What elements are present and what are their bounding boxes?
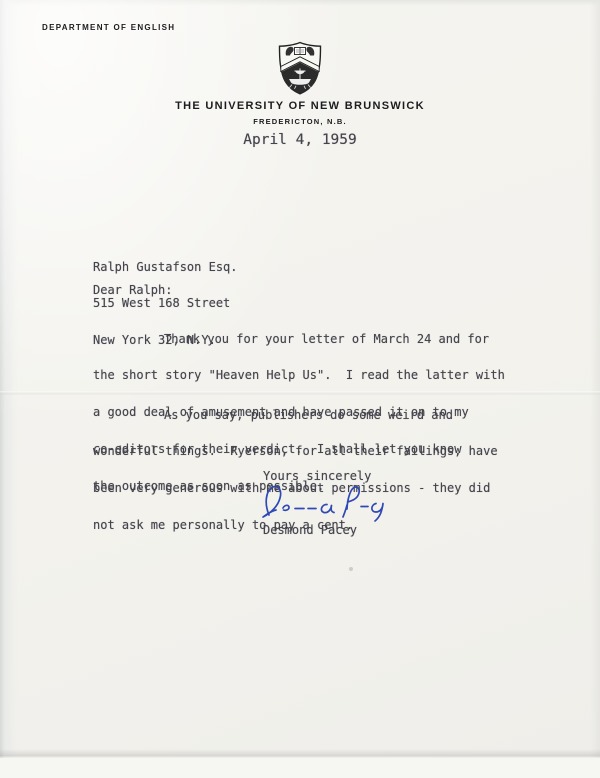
university-name: THE UNIVERSITY OF NEW BRUNSWICK [0, 100, 600, 112]
paper-bottom-edge [0, 749, 600, 758]
department-line: DEPARTMENT OF ENGLISH [42, 23, 175, 32]
paper-speck [349, 567, 353, 571]
typed-signature-name: Desmond Pacey [263, 524, 357, 536]
recipient-name: Ralph Gustafson Esq. [93, 261, 238, 273]
crest-open-book [295, 48, 306, 55]
paragraph-line: the short story "Heaven Help Us". I read… [93, 369, 505, 381]
valediction: Yours sincerely [263, 470, 371, 482]
scan-background-strip [0, 758, 600, 778]
unb-coat-of-arms-icon [276, 41, 324, 95]
handwritten-signature-icon [255, 483, 395, 527]
letter-date: April 4, 1959 [0, 132, 600, 148]
paragraph-line: Thank you for your letter of March 24 an… [93, 333, 505, 345]
paragraph-line: wonderful things. Ryerson, for all their… [93, 445, 498, 457]
paragraph-line: As you say, publishers do some weird and [93, 409, 498, 421]
letter-page: DEPARTMENT OF ENGLISH [0, 0, 600, 778]
university-location: FREDERICTON, N.B. [0, 117, 600, 126]
salutation: Dear Ralph: [93, 284, 172, 296]
